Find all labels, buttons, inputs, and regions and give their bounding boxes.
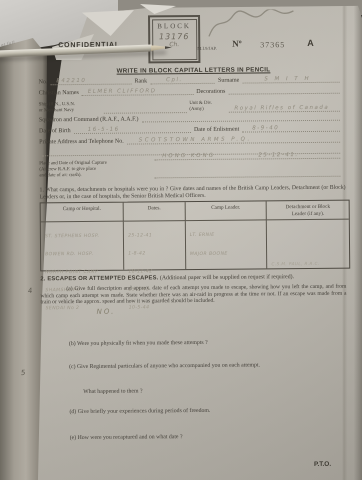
form-content: BLOCK 13176 Ch. CONFIDENTIAL M.I.9/JAP. …: [34, 9, 356, 478]
unit-div-value: Royal Rifles of Canada: [234, 105, 329, 112]
question-2a: (a) Give full description and approx. da…: [40, 284, 346, 307]
block-stamp-number: 13176: [159, 32, 190, 41]
capture-place-value: HONG KONG: [162, 153, 215, 159]
series-letter: A: [307, 38, 314, 48]
date-of-birth-label: Date of Birth: [39, 128, 71, 134]
camp-table-cell-dates: 25-12-41 1-8-42 18-11-42 25-8-43 10-5-44: [124, 221, 186, 270]
squadron-label: Squadron and Command (R.A.F., A.A.F.): [39, 116, 139, 123]
camp-table-header-dates: Dates.: [124, 202, 186, 222]
no-value: E42210: [56, 78, 86, 84]
enlistment-label: Date of Enlistment: [194, 127, 239, 133]
answer-no-handwriting: NO.: [97, 308, 116, 316]
address-value: SCOTSTOWN ARMS P.Q.: [139, 137, 252, 144]
date-of-birth-field: 16-5-16: [74, 125, 191, 134]
surname-value: S M I T H: [264, 76, 311, 82]
no-label: No.: [39, 79, 48, 85]
capture-date-value: 25-12-41.: [258, 152, 298, 158]
pencil-scribble: [203, 9, 299, 38]
margin-page-mark: 4: [27, 287, 33, 296]
squadron-field: [141, 113, 340, 123]
capture-fields: HONG KONG 25-12-41.: [151, 151, 343, 179]
row-squadron: Squadron and Command (R.A.F., A.A.F.): [39, 113, 343, 124]
capture-line-2: [154, 169, 340, 179]
question-2b: (b) Were you physically fit when you mad…: [69, 339, 341, 348]
surname-field: S M I T H: [242, 75, 339, 84]
row-number-rank-surname: No. E42210 Rank Cpl. Surname S M I T H: [39, 75, 343, 86]
question-2c: (c) Give Regimental particulars of anyon…: [69, 362, 341, 371]
rank-value: Cpl.: [166, 77, 183, 83]
photographed-pow-questionnaire: at full 4 5 BLOCK 13176 Ch. CONFIDENTIAL…: [0, 0, 362, 480]
surname-label: Surname: [218, 78, 239, 84]
address-field: SCOTSTOWN ARMS P.Q.: [127, 135, 340, 145]
unit-div-label: Unit & Div. (Army): [189, 101, 225, 113]
unit-div-field: Royal Rifles of Canada: [228, 104, 340, 113]
address-label: Private Address and Telephone No.: [39, 139, 124, 146]
enlistment-field: 8-9-40: [242, 124, 340, 133]
no-field: E42210: [50, 77, 131, 86]
serial-no-label: Nº: [232, 39, 242, 49]
form-reference: M.I.9/JAP.: [197, 46, 216, 51]
camp-table-cell-block-leader: C.S.M. PAUL, R.R.C.: [267, 220, 349, 269]
christian-names-value: ELMER CLIFFORD: [88, 88, 157, 95]
decorations-field: [228, 86, 339, 95]
page-turn-over-note: P.T.O.: [314, 461, 331, 468]
block-leader-handwriting: C.S.M. PAUL, R.R.C.: [272, 260, 320, 266]
block-stamp: BLOCK 13176 Ch.: [148, 15, 200, 63]
decorations-label: Decorations: [196, 89, 225, 95]
row-address: Private Address and Telephone No. SCOTST…: [39, 135, 343, 146]
leaders-handwriting: LT. ERNIE MAJOR BOONE: [190, 233, 228, 257]
row-capture: Place and Date of Original Capture (Airc…: [39, 155, 343, 180]
capture-label: Place and Date of Original Capture (Airc…: [39, 160, 151, 179]
camp-table: Camp or Hospital. Dates. Camp Leader. De…: [40, 200, 351, 272]
margin-page-mark: 5: [21, 369, 26, 377]
christian-names-field: ELMER CLIFFORD: [82, 87, 193, 96]
capture-line-1: HONG KONG 25-12-41.: [154, 151, 340, 161]
camp-table-cell-leaders: LT. ERNIE MAJOR BOONE: [186, 220, 268, 269]
christian-names-label: Christian Names: [39, 90, 79, 96]
question-2e: (e) How were you recaptured and on what …: [70, 433, 342, 442]
block-capitals-instruction: WRITE IN BLOCK CAPITAL LETTERS IN PENCIL: [34, 66, 352, 76]
date-of-birth-value: 16-5-16: [88, 127, 120, 133]
pencil-graphite-tip: [165, 46, 172, 49]
camp-table-header-camp: Camp or Hospital.: [41, 203, 124, 223]
ship-field: [104, 105, 187, 114]
serial-number: 37365: [260, 40, 285, 49]
row-ship-unit: Ship (R.N., U.S.N. or Merchant Navy Unit…: [39, 99, 343, 115]
row-dates: Date of Birth 16-5-16 Date of Enlistment…: [39, 124, 343, 135]
rank-field: Cpl.: [150, 76, 215, 85]
section-2-title: 2. ESCAPES OR ATTEMPTED ESCAPES.: [40, 275, 158, 282]
enlistment-value: 8-9-40: [252, 125, 279, 131]
ship-label: Ship (R.N., U.S.N. or Merchant Navy: [39, 102, 101, 115]
section-2-note: (Additional paper will be supplied on re…: [158, 274, 294, 281]
rank-label: Rank: [134, 78, 147, 84]
section-2-heading: 2. ESCAPES OR ATTEMPTED ESCAPES. (Additi…: [40, 274, 346, 283]
camp-table-cell-camps: ST. STEPHENS HOSP. BOWEN RD. HOSP. NORTH…: [41, 222, 125, 271]
question-2d: (d) Give briefly your experiences during…: [69, 407, 341, 416]
row-christian-decorations: Christian Names ELMER CLIFFORD Decoratio…: [39, 86, 343, 97]
camp-table-header-block-leader: Detachment or Block Leader (if any).: [267, 201, 349, 221]
question-2c-followup: What happened to them ?: [83, 388, 142, 395]
block-stamp-label: BLOCK: [157, 22, 191, 30]
camp-table-header-leader: Camp Leader.: [185, 201, 267, 221]
question-1: 1. What camps, detachments or hospitals …: [40, 185, 346, 202]
